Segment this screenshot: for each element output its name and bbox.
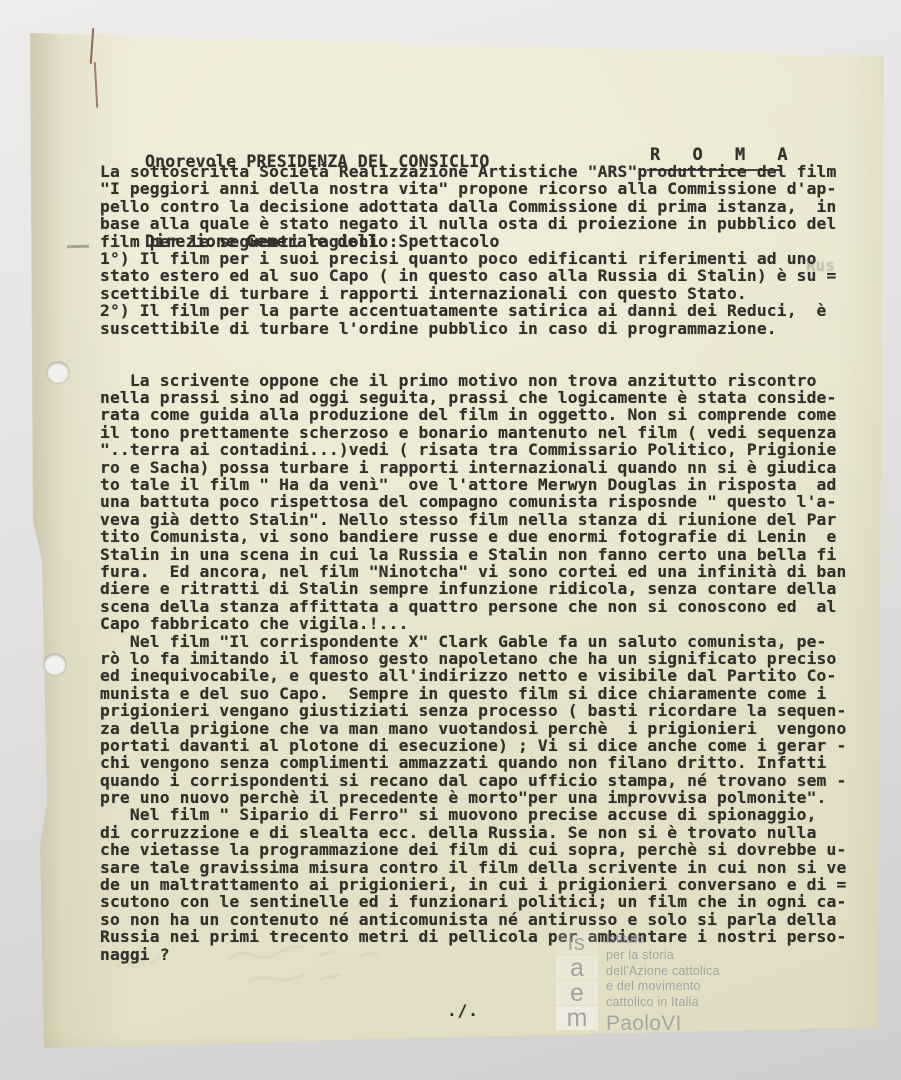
body-text-line: 2°) Il film per la parte accentuatamente…	[100, 302, 846, 319]
body-text-line: munista e del suo Capo. Sempre in questo…	[100, 685, 846, 702]
body-text-line: film per le seguenti ragioni :	[100, 233, 846, 250]
body-text-line: scettibile di turbare i rapporti interna…	[100, 285, 846, 302]
body-text-line: scutono con le sentinelle ed i funzionar…	[100, 893, 846, 910]
body-text-line: pre uno nuovo perchè il precedente è mor…	[100, 789, 846, 806]
body-text-line: una battuta poco rispettosa del compagno…	[100, 493, 846, 510]
body-text-line: to tale il film " Ha da venì" ove l'atto…	[100, 476, 846, 493]
body-text-line	[100, 354, 846, 371]
body-text-line: che vietasse la programmazione dei film …	[100, 841, 846, 858]
body-text-line: prigionieri vengano giustiziati senza pr…	[100, 702, 846, 719]
ink-bleed-ghost-text: Rus	[806, 256, 835, 275]
margin-pencil-dash	[67, 245, 89, 248]
body-text-line: so non ha un contenuto né anticomunista …	[100, 911, 846, 928]
body-text-line: Capo fabbricato che vigila.!...	[100, 615, 846, 632]
body-text-line: naggi ?	[100, 946, 846, 963]
body-text-line: base alla quale è stato negato il nulla …	[100, 215, 846, 232]
body-text-line: quando i corrispondenti si recano dal ca…	[100, 772, 846, 789]
body-text-line: stato estero ed al suo Capo ( in questo …	[100, 267, 846, 284]
punch-hole	[47, 362, 69, 383]
body-text-line: za della prigione che va man mano vuotan…	[100, 720, 846, 737]
body-text-line: portati davanti al plotone di esecuzione…	[100, 737, 846, 754]
body-text-line: diere e ritratti di Stalin sempre infunz…	[100, 580, 846, 597]
body-text-line: sare tale gravissima misura contro il fi…	[100, 859, 846, 876]
punch-hole	[44, 654, 66, 675]
body-text-line: il tono prettamente scherzoso e bonario …	[100, 424, 846, 441]
body-text-line: suscettibile di turbare l'ordine pubblic…	[100, 320, 846, 337]
body-text-line: tito Comunista, vi sono bandiere russe e…	[100, 528, 846, 545]
body-text-line: La sottoscritta Società Realizzazione Ar…	[100, 163, 846, 180]
body-text-line: 1°) Il film per i suoi precisi quanto po…	[100, 250, 846, 267]
body-text-line: scena della stanza affittata a quattro p…	[100, 598, 846, 615]
body-text-line	[100, 337, 846, 354]
body-text-line: La scrivente oppone che il primo motivo …	[100, 372, 846, 389]
body-text-line: ed inequivocabile, e questo all'indirizz…	[100, 667, 846, 684]
body-text-line: nella prassi sino ad oggi seguita, prass…	[100, 389, 846, 406]
body-text-line: ro e Sacha) possa turbare i rapporti int…	[100, 459, 846, 476]
body-text-line: Nel film " Sipario di Ferro" si muovono …	[100, 806, 846, 823]
body-text-line: rò lo fa imitando il famoso gesto napole…	[100, 650, 846, 667]
photo-of-document: Onorevole PRESIDENZA DEL CONSICLIO Direz…	[0, 0, 901, 1080]
body-text-line: rata come guida alla produzione del film…	[100, 406, 846, 423]
body-text-line: veva già detto Stalin". Nello stesso fil…	[100, 511, 846, 528]
body-text-line: chi vengono senza complimenti ammazzati …	[100, 754, 846, 771]
body-text-line: Stalin in una scena in cui la Russia e S…	[100, 546, 846, 563]
body-text-line: "..terra ai contadini...)vedi ( risata t…	[100, 441, 846, 458]
body-text-line: de un maltrattamento ai prigionieri, in …	[100, 876, 846, 893]
body-text-line: Russia nei primi trecento metri di pelli…	[100, 928, 846, 945]
body-text-line: "I peggiori anni della nostra vita" prop…	[100, 180, 846, 197]
body-text-line: Nel film "Il corrispondente X" Clark Gab…	[100, 633, 846, 650]
body-text-line: pello contro la decisione adottata dalla…	[100, 198, 846, 215]
body-text-line: fura. Ed ancora, nel film "Ninotcha" vi …	[100, 563, 846, 580]
letter-body-text: La sottoscritta Società Realizzazione Ar…	[100, 163, 846, 963]
end-of-page-mark: ./.	[447, 1001, 479, 1020]
body-text-line: di corruzzione e di slealta ecc. della R…	[100, 824, 846, 841]
